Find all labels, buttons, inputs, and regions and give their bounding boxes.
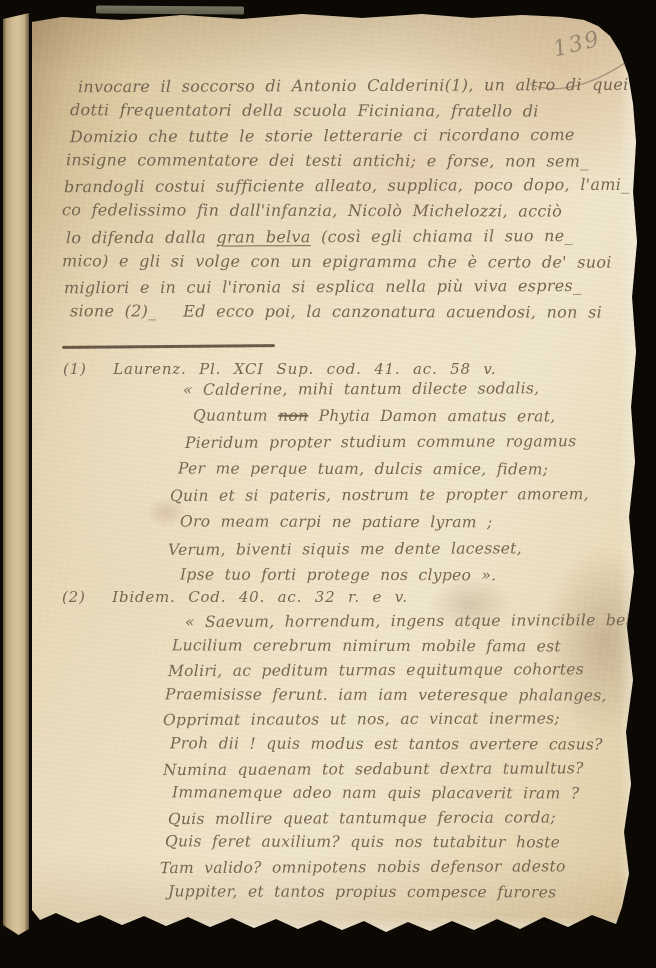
verse-line: Opprimat incautos ut nos, ac vincat iner… — [163, 709, 656, 736]
verse-line: Moliri, ac peditum turmas equitumque coh… — [168, 660, 656, 687]
book-gutter-page-edge — [3, 13, 29, 935]
manuscript-page: 139 invocare il soccorso di Antonio Cald… — [32, 12, 641, 938]
verse-line: Immanemque adeo nam quis placaverit iram… — [172, 784, 656, 810]
handwritten-line: mico) e gli si volge con un epigramma ch… — [62, 251, 630, 278]
deckle-edge-bottom — [32, 916, 641, 938]
footnote-1-source: Laurenz. Pl. XCI Sup. cod. 41. ac. 58 v. — [113, 360, 496, 378]
handwritten-line: dotti frequentatori della scuola Ficinia… — [70, 100, 630, 127]
verse-line: Quin et si pateris, nostrum te propter a… — [170, 485, 589, 513]
verse-line: « Calderine, mihi tantum dilecte sodalis… — [183, 379, 589, 407]
verse-line: Lucilium cerebrum nimirum mobile fama es… — [172, 636, 656, 662]
handwritten-line: Domizio che tutte le storie letterarie c… — [70, 125, 630, 153]
verse-line: Oro meam carpi ne patiare lyram ; — [180, 512, 589, 540]
verse-line: Quis mollire queat tantumque ferocia cor… — [168, 808, 656, 835]
footnote-2-label: (2) — [62, 588, 86, 606]
handwritten-line: invocare il soccorso di Antonio Calderin… — [78, 75, 630, 102]
handwritten-line: brandogli costui sufficiente alleato, su… — [64, 175, 630, 203]
main-paragraph: invocare il soccorso di Antonio Calderin… — [62, 76, 629, 327]
verse-line: Quantum non Phytia Damon amatus erat, — [193, 406, 589, 434]
scanned-manuscript: 139 invocare il soccorso di Antonio Cald… — [0, 0, 656, 968]
footnote-1-label: (1) — [63, 360, 87, 378]
handwritten-line: insigne commentatore dei testi antichi; … — [66, 151, 630, 178]
footnote-2-source: Ibidem. Cod. 40. ac. 32 r. e v. — [112, 588, 408, 606]
handwritten-line: co fedelissimo fin dall'infanzia, Nicolò… — [62, 201, 630, 228]
verse-line: Proh dii ! quis modus est tantos averter… — [170, 734, 656, 760]
footnote-1-verses: « Calderine, mihi tantum dilecte sodalis… — [168, 380, 589, 593]
verse-line: Praemisisse ferunt. iam iam veteresque p… — [165, 685, 656, 711]
handwritten-line: sione (2)_ Ed ecco poi, la canzonatura a… — [70, 301, 630, 328]
handwritten-line: lo difenda dalla gran belva (così egli c… — [66, 225, 630, 253]
verse-line: Numina quaenam tot sedabunt dextra tumul… — [163, 758, 656, 785]
verse-line: Per me perque tuam, dulcis amice, fidem; — [178, 459, 589, 487]
handwritten-line: migliori e in cui l'ironia si esplica ne… — [64, 276, 630, 304]
verse-line: Pieridum propter studium commune rogamus — [185, 432, 589, 460]
verse-line: « Saevum, horrendum, ingens atque invinc… — [185, 611, 656, 638]
verse-line: Juppiter, et tantos propius compesce fur… — [168, 882, 656, 908]
verse-line: Verum, biventi siquis me dente lacesset, — [168, 539, 589, 567]
footnote-2-verses: « Saevum, horrendum, ingens atque invinc… — [160, 612, 656, 907]
verse-line: Tam valido? omnipotens nobis defensor ad… — [160, 857, 656, 884]
footnote-separator-line — [62, 344, 275, 349]
footnote-2-reference: (2) Ibidem. Cod. 40. ac. 32 r. e v. — [62, 588, 408, 606]
adjacent-page-sliver — [96, 5, 244, 14]
verse-line: Quis feret auxilium? quis nos tutabitur … — [165, 833, 656, 859]
footnote-1-reference: (1) Laurenz. Pl. XCI Sup. cod. 41. ac. 5… — [63, 360, 496, 378]
